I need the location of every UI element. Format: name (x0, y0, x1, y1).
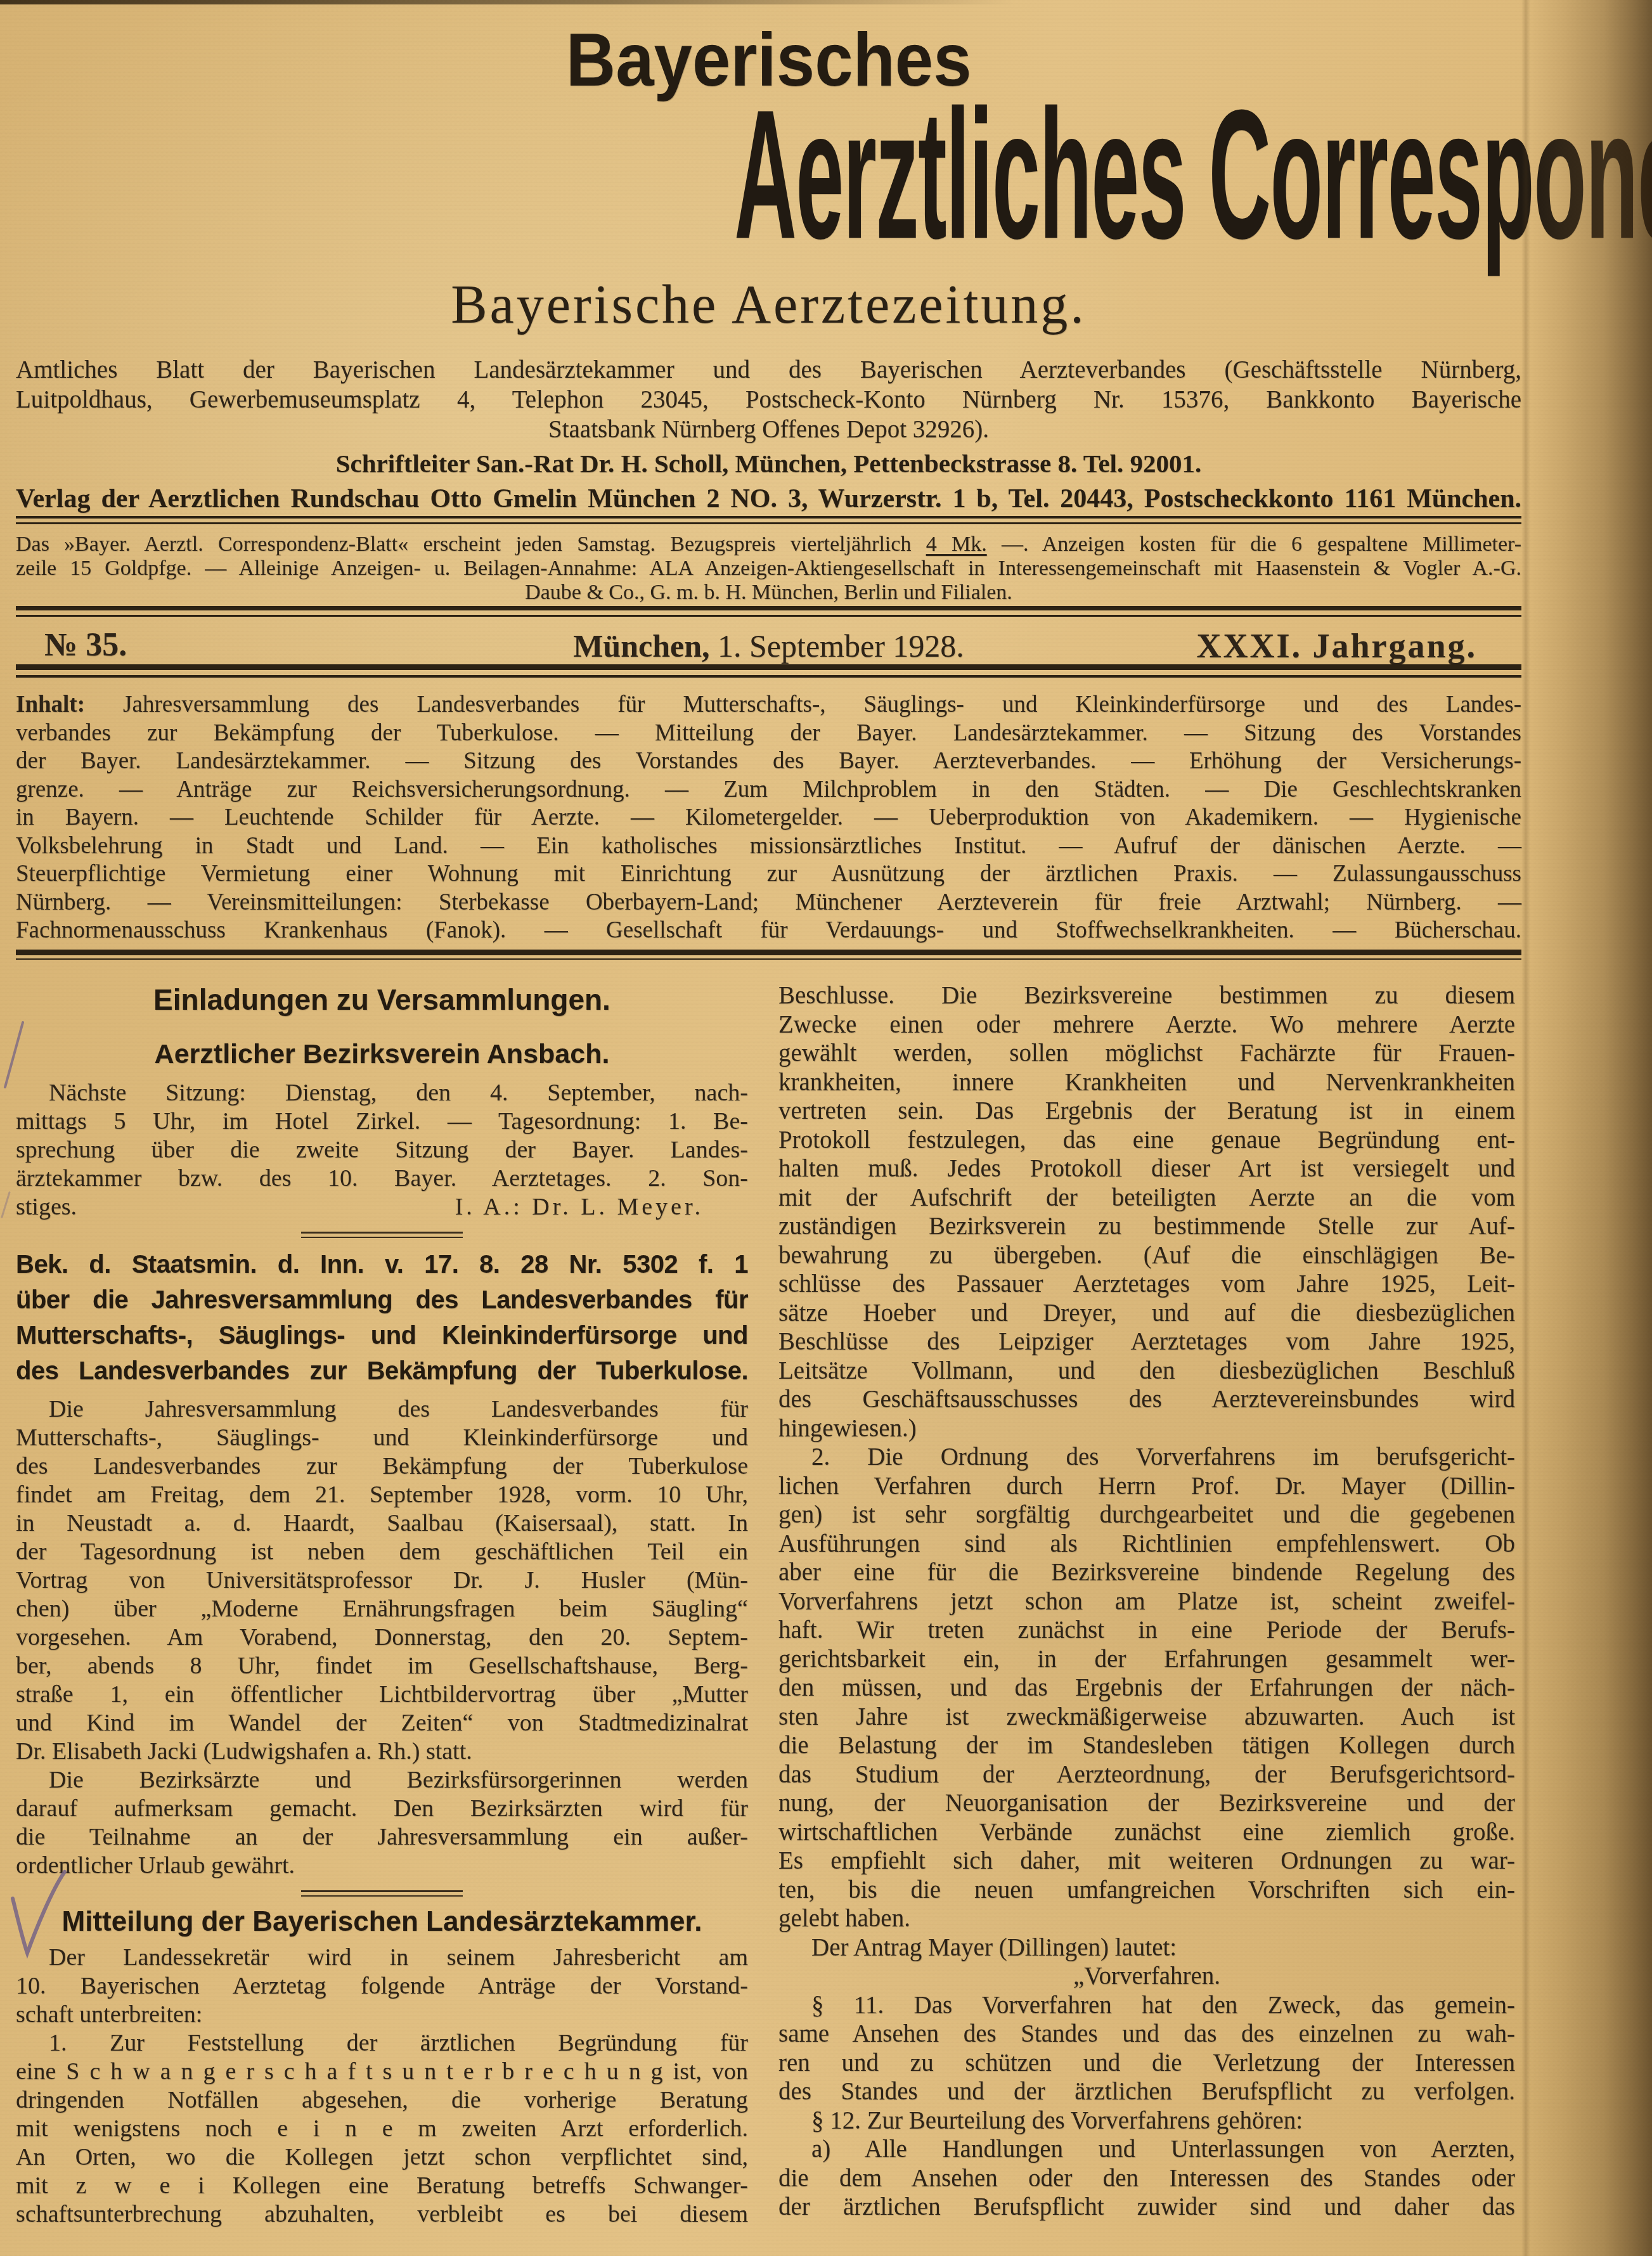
text-line: des Geschäftsausschusses des Aerzteverei… (778, 1385, 1515, 1414)
text-line: den müssen, und das Ergebnis der Erfahru… (778, 1673, 1515, 1703)
text-line: 1. Zur Feststellung der ärztlichen Begrü… (16, 2029, 748, 2058)
paragraph-12-line: § 12. Zur Beurteilung des Vorverfahrens … (778, 2106, 1515, 2136)
masthead-title: Aerztliches Correspondenzblatt (16, 82, 1521, 266)
notice-line1-post: —. Anzeigen kosten für die 6 gespaltene … (987, 532, 1521, 556)
signature-line: stiges. I. A.: Dr. L. Meyer. (16, 1193, 748, 1221)
issue-city: München, (573, 628, 709, 664)
text-line: der ärztlichen Berufspflicht zuwider sin… (778, 2193, 1515, 2222)
text-line: Protokoll festzulegen, das eine genaue B… (778, 1126, 1515, 1155)
text-line: Mutterschafts-, Säuglings- und Kleinkind… (16, 1318, 748, 1353)
ansbach-paragraph: Nächste Sitzung: Dienstag, den 4. Septem… (16, 1079, 748, 1193)
text-line: aber eine für die Bezirksvereine bindend… (778, 1558, 1515, 1587)
text-line: krankheiten, innere Krankheiten und Nerv… (778, 1068, 1515, 1097)
text-line: des Standes und der ärztlichen Berufspfl… (778, 2077, 1515, 2106)
text-line: Beschlusse. Die Bezirksvereine bestimmen… (778, 981, 1515, 1010)
table-of-contents: Inhalt: Jahresversammlung des Landesverb… (16, 691, 1521, 945)
paragraph-11: § 11. Das Vorverfahren hat den Zweck, da… (778, 1991, 1515, 2106)
official-line-2: Luitpoldhaus, Gewerbemuseumsplatz 4, Tel… (16, 385, 1521, 415)
text-line: Zwecke einen oder mehrere Aerzte. Wo meh… (778, 1010, 1515, 1040)
text-line: ordentlicher Urlaub gewährt. (16, 1852, 748, 1880)
text-line: 2. Die Ordnung des Vorverfahrens im beru… (778, 1443, 1515, 1472)
heading-bekanntmachung: Bek. d. Staatsmin. d. Inn. v. 17. 8. 28 … (16, 1247, 748, 1389)
text-line: An Orten, wo die Kollegen jetzt schon ve… (16, 2143, 748, 2172)
text-line: in Bayern. — Leuchtende Schilder für Aer… (16, 804, 1521, 832)
vorverfahren-heading: „Vorverfahren. (778, 1962, 1515, 1991)
text-line: Volksbelehrung in Stadt und Land. — Ein … (16, 832, 1521, 861)
text-line: gelebt haben. (778, 1904, 1515, 1933)
text-line: die Belastung der im Standesleben tätige… (778, 1731, 1515, 1760)
text-line: Bek. d. Staatsmin. d. Inn. v. 17. 8. 28 … (16, 1247, 748, 1282)
issue-line: № 35. München, 1. September 1928. XXXI. … (16, 626, 1521, 666)
text-line: Leitsätze Vollmann, und den diesbezüglic… (778, 1357, 1515, 1386)
schriftleiter-line: Schriftleiter San.-Rat Dr. H. Scholl, Mü… (16, 448, 1521, 479)
notice-price-underlined: 4 Mk. (926, 532, 987, 556)
section-divider-rule (301, 1890, 463, 1897)
text-line: bewahrung zu übergeben. (Auf die einschl… (778, 1241, 1515, 1270)
page-edge-top (0, 0, 1014, 4)
text-line: Dr. Elisabeth Jacki (Ludwigshafen a. Rh.… (16, 1737, 748, 1766)
pencil-small-slash-mark (0, 1189, 15, 1221)
heading-bezirksverein-ansbach: Aerztlicher Bezirksverein Ansbach. (16, 1038, 748, 1070)
text-line: über die Jahresversammlung des Landesver… (16, 1282, 748, 1318)
verlag-line: Verlag der Aerztlichen Rundschau Otto Gm… (16, 483, 1521, 515)
text-line: mit wenigstens noch e i n e m zweiten Ar… (16, 2115, 748, 2143)
issue-volume: XXXI. Jahrgang. (1196, 626, 1477, 666)
section-divider-rule (301, 1232, 463, 1238)
text-line: 10. Bayerischen Aerztetag folgende Anträ… (16, 1972, 748, 2001)
notice-line-3: Daube & Co., G. m. b. H. München, Berlin… (16, 581, 1521, 605)
text-line: sätze Hoeber und Dreyer, und auf die die… (778, 1299, 1515, 1328)
notice-line-1: Das »Bayer. Aerztl. Correspondenz-Blatt«… (16, 532, 1521, 557)
text-line: halten muß. Jedes Protokoll dieser Art i… (778, 1154, 1515, 1183)
bek-paragraph-2: Die Bezirksärzte und Bezirksfürsorgerinn… (16, 1766, 748, 1880)
text-line: vorgesehen. Am Vorabend, Donnerstag, den… (16, 1623, 748, 1652)
masthead-subtitle: Bayerische Aerztezeitung. (16, 274, 1521, 335)
title-text: Aerztliches Correspondenzblatt (734, 82, 1652, 266)
text-line: Ausführungen sind als Richtlinien empfeh… (778, 1530, 1515, 1559)
text-line: ärztekammer bzw. des 10. Bayer. Aerzteta… (16, 1164, 748, 1193)
text-line: gen) ist sehr sorgfältig durchgearbeitet… (778, 1500, 1515, 1530)
text-line: sten Jahre ist zweckmäßigerweise abzuwar… (778, 1703, 1515, 1732)
text-line: Fachnormenausschuss Krankenhaus (Fanok).… (16, 917, 1521, 945)
text-line: in Neustadt a. d. Haardt, Saalbau (Kaise… (16, 1509, 748, 1538)
double-rule-above-issue (16, 606, 1521, 617)
text-line: der Bayer. Landesärztekammer. — Sitzung … (16, 747, 1521, 776)
text-line: die dem Ansehen oder den Interessen des … (778, 2164, 1515, 2193)
subscription-notice: Das »Bayer. Aerztl. Correspondenz-Blatt«… (16, 532, 1521, 605)
heavy-rule-below-toc (16, 950, 1521, 960)
toc-lines: verbandes zur Bekämpfung der Tuberkulose… (16, 719, 1521, 945)
text-line: ren und zu schützen und die Verletzung d… (778, 2049, 1515, 2078)
text-line: darauf aufmerksam gemacht. Den Bezirksär… (16, 1795, 748, 1823)
text-line: Es empfiehlt sich daher, mit weiteren Or… (778, 1847, 1515, 1876)
heading-einladungen: Einladungen zu Versammlungen. (16, 983, 748, 1017)
text-line: sprechung über die zweite Sitzung der Ba… (16, 1136, 748, 1164)
text-line: hingewiesen.) (778, 1414, 1515, 1443)
issue-number: № 35. (44, 626, 127, 664)
notice-line1-pre: Das »Bayer. Aerztl. Correspondenz-Blatt«… (16, 532, 926, 556)
notice-line-2: zeile 15 Goldpfge. — Alleinige Anzeigen-… (16, 557, 1521, 581)
text-line: nung, der Neuorganisation der Bezirksver… (778, 1789, 1515, 1818)
page-edge-right (1525, 0, 1652, 2256)
text-line: ten, bis die neuen umfangreichen Vorschr… (778, 1876, 1515, 1905)
text-line: Beschlüsse des Leipziger Aerztetages vom… (778, 1327, 1515, 1357)
official-line-3: Staatsbank Nürnberg Offenes Depot 32926)… (16, 415, 1521, 444)
text-line: dringenden Notfällen abgesehen, die vorh… (16, 2086, 748, 2115)
text-line: lichen Verfahren durch Herrn Prof. Dr. M… (778, 1472, 1515, 1501)
double-rule-below-issue (16, 664, 1521, 678)
text-line: same Ansehen des Standes und das des ein… (778, 2020, 1515, 2049)
text-line: Vorverfahrens jetzt schon am Platze ist,… (778, 1587, 1515, 1616)
antrag-1-paragraph: 1. Zur Feststellung der ärztlichen Begrü… (16, 2029, 748, 2229)
text-line: der Tagesordnung ist neben dem geschäftl… (16, 1538, 748, 1566)
text-line: Die Jahresversammlung des Landesverbande… (16, 1395, 748, 1424)
antrag-intro-line: Der Antrag Mayer (Dillingen) lautet: (778, 1933, 1515, 1963)
text-line: haft. Wir treten zunächst in eine Period… (778, 1616, 1515, 1645)
text-line: Nächste Sitzung: Dienstag, den 4. Septem… (16, 1079, 748, 1107)
text-line: gewählt werden, sollen möglichst Fachärz… (778, 1039, 1515, 1068)
column-right: Beschlusse. Die Bezirksvereine bestimmen… (778, 981, 1515, 2222)
toc-line1-text: Jahresversammlung des Landesverbandes fü… (123, 692, 1521, 718)
text-line: findet am Freitag, dem 21. September 192… (16, 1481, 748, 1509)
page-edge-seam (1521, 0, 1530, 2256)
toc-line-1: Inhalt: Jahresversammlung des Landesverb… (16, 691, 1521, 719)
official-blurb: Amtliches Blatt der Bayerischen Landesär… (16, 355, 1521, 444)
signature: I. A.: Dr. L. Meyer. (455, 1193, 704, 1221)
text-line: und Kind im Wandel der Zeiten“ von Stadt… (16, 1709, 748, 1737)
text-line: wirtschaftlichen Verbände zunächst eine … (778, 1818, 1515, 1847)
text-line: Nürnberg. — Vereinsmitteilungen: Sterbek… (16, 889, 1521, 917)
double-rule-top (16, 516, 1521, 524)
text-line: mittags 5 Uhr, im Hotel Zirkel. — Tageso… (16, 1107, 748, 1136)
text-line: § 11. Das Vorverfahren hat den Zweck, da… (778, 1991, 1515, 2020)
mitteilung-paragraph: Der Landessekretär wird in seinem Jahres… (16, 1943, 748, 2029)
toc-label: Inhalt: (16, 692, 85, 718)
text-line: mit der Aufschrift der beteiligten Aerzt… (778, 1183, 1515, 1213)
text-line: das Studium der Aerzteordnung, der Beruf… (778, 1760, 1515, 1789)
heading-mitteilung: Mitteilung der Bayerischen Landesärzteka… (16, 1905, 748, 1938)
text-line: ber, abends 8 Uhr, findet im Gesellschaf… (16, 1652, 748, 1680)
issue-date-text: 1. September 1928. (718, 628, 964, 664)
text-line: gerichtsbarkeit ein, in der Erfahrungen … (778, 1645, 1515, 1674)
text-line: verbandes zur Bekämpfung der Tuberkulose… (16, 719, 1521, 748)
bek-paragraph-1: Die Jahresversammlung des Landesverbande… (16, 1395, 748, 1766)
text-line: Vortrag von Universitätsprofessor Dr. J.… (16, 1566, 748, 1595)
text-line: straße 1, ein öffentlicher Lichtbildervo… (16, 1680, 748, 1709)
text-line: zuständigen Bezirksverein zu bestimmende… (778, 1212, 1515, 1241)
text-line: chen) über „Moderne Ernährungsfragen bei… (16, 1595, 748, 1623)
text-line: die Teilnahme an der Jahresversammlung e… (16, 1823, 748, 1852)
text-line: des Landesverbandes zur Bekämpfung der T… (16, 1353, 748, 1389)
issue-place-date: München, 1. September 1928. (573, 628, 964, 664)
text-line: Steuerpflichtige Vermietung einer Wohnun… (16, 860, 1521, 889)
text-line: schaftsunterbrechung abzuhalten, verblei… (16, 2200, 748, 2229)
text-line: schlüsse des Passauer Aerztetages vom Ja… (778, 1270, 1515, 1299)
journal-front-page: Bayerisches Aerztliches Correspondenzbla… (0, 0, 1652, 2256)
right-paragraph-1: Beschlusse. Die Bezirksvereine bestimmen… (778, 981, 1515, 1443)
text-line: Die Bezirksärzte und Bezirksfürsorgerinn… (16, 1766, 748, 1795)
paragraph-a: a) Alle Handlungen und Unterlassungen vo… (778, 2135, 1515, 2222)
text-line: grenze. — Anträge zur Reichsversicherung… (16, 776, 1521, 804)
text-line: eine S c h w a n g e r s c h a f t s u n… (16, 2058, 748, 2086)
right-paragraph-2: 2. Die Ordnung des Vorverfahrens im beru… (778, 1443, 1515, 1933)
text-line: mit z w e i Kollegen eine Beratung betre… (16, 2172, 748, 2200)
text-line: Mutterschafts-, Säuglings- und Kleinkind… (16, 1424, 748, 1452)
text-line: schaft unterbreiten: (16, 2001, 748, 2029)
text-line: a) Alle Handlungen und Unterlassungen vo… (778, 2135, 1515, 2164)
text-line: vertreten sein. Das Ergebnis der Beratun… (778, 1097, 1515, 1126)
text-line: des Landesverbandes zur Bekämpfung der T… (16, 1452, 748, 1481)
ansbach-last-word: stiges. (16, 1193, 77, 1221)
official-line-1: Amtliches Blatt der Bayerischen Landesär… (16, 355, 1521, 385)
column-left: Einladungen zu Versammlungen. Aerztliche… (16, 981, 748, 2229)
text-line: Der Landessekretär wird in seinem Jahres… (16, 1943, 748, 1972)
